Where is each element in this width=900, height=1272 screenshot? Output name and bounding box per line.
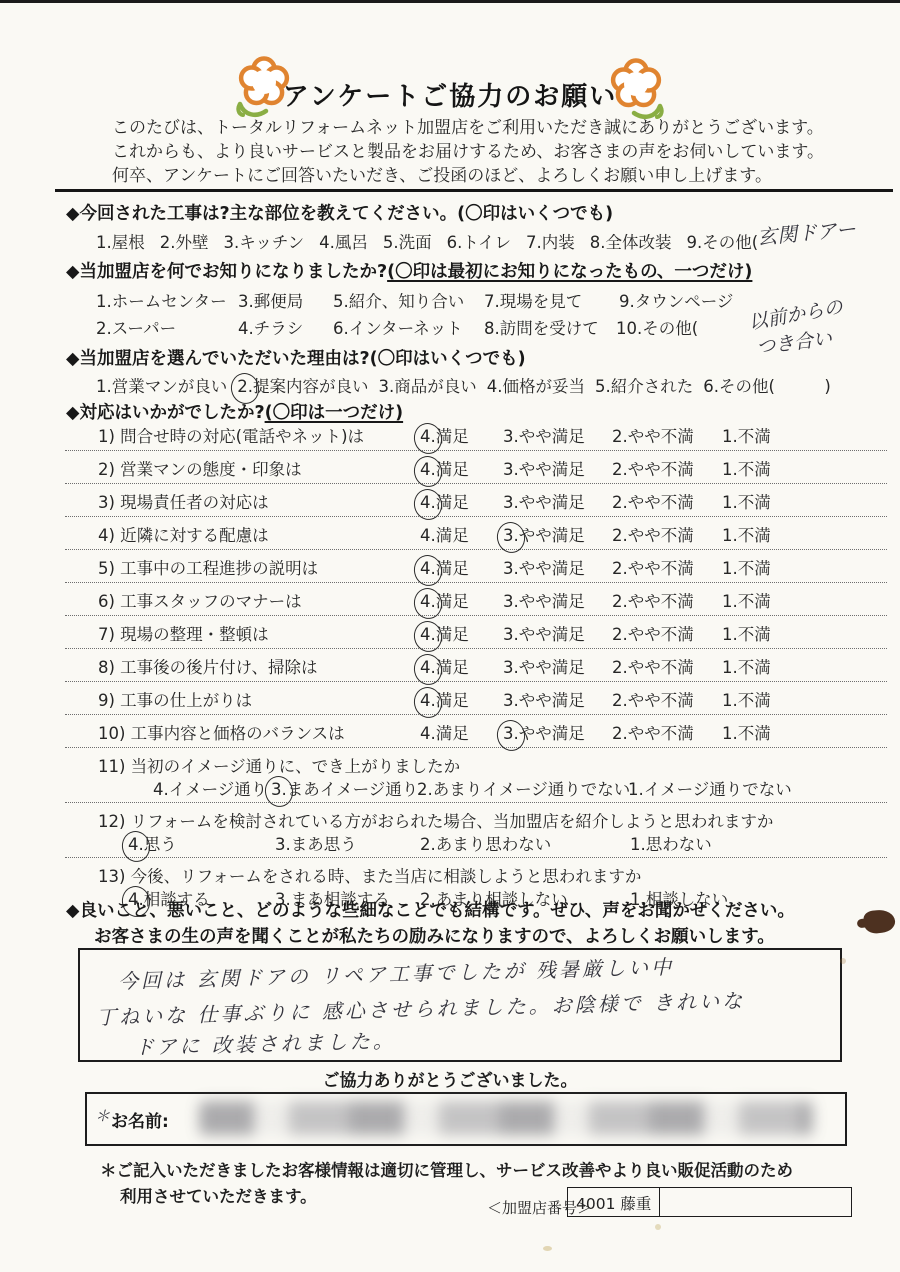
rating-option-label: 満足 bbox=[436, 526, 469, 545]
rating-option: 4.満足 bbox=[420, 489, 469, 513]
rating-option-number: 1. bbox=[722, 592, 738, 611]
rating-row: 10) 工事内容と価格のバランスは4.満足3.やや満足2.やや不満1.不満 bbox=[65, 715, 887, 748]
rating-option-number: 3. bbox=[271, 780, 287, 799]
q3-option-number: 3. bbox=[379, 377, 395, 396]
q2-option: 1.ホームセンター bbox=[96, 288, 227, 312]
rating-option-number: 2. bbox=[420, 835, 436, 854]
q3-options: 1.営業マンが良い2.提案内容が良い3.商品が良い4.価格が妥当5.紹介された6… bbox=[96, 373, 841, 397]
rating-row: 12) リフォームを検討されている方がおられた場合、当加盟店を紹介しようと思われ… bbox=[65, 803, 887, 858]
stain-speck bbox=[655, 1224, 661, 1230]
rating-row: 4) 近隣に対する配慮は4.満足3.やや満足2.やや不満1.不満 bbox=[65, 517, 887, 550]
q3-option: 4.価格が妥当 bbox=[487, 377, 585, 396]
rating-option-number: 1. bbox=[722, 691, 738, 710]
rating-option-number: 4. bbox=[420, 493, 436, 512]
rating-option: 2.やや不満 bbox=[612, 720, 694, 744]
rating-row: 6) 工事スタッフのマナーは4.満足3.やや満足2.やや不満1.不満 bbox=[65, 583, 887, 616]
rating-row-label: 7) 現場の整理・整頓は bbox=[98, 621, 269, 645]
rating-option: 3.やや満足 bbox=[503, 654, 585, 678]
rating-row-label: 4) 近隣に対する配慮は bbox=[98, 522, 269, 546]
store-number-value: 4001 藤重 bbox=[568, 1188, 660, 1216]
rating-option-number: 3. bbox=[503, 460, 519, 479]
intro-line: 何卒、アンケートにご回答いたいだき、ご投函のほど、よろしくお願い申し上げます。 bbox=[112, 164, 824, 188]
name-label: お名前: bbox=[111, 1107, 169, 1132]
q3-option: 1.営業マンが良い bbox=[96, 377, 227, 396]
rating-option: 2.やや不満 bbox=[612, 687, 694, 711]
rating-row-label: 8) 工事後の後片付け、掃除は bbox=[98, 654, 318, 678]
rating-option-number: 1. bbox=[630, 835, 646, 854]
rating-option: 1.不満 bbox=[722, 489, 771, 513]
rating-option-number: 3. bbox=[503, 493, 519, 512]
rating-option-label: まあ思う bbox=[291, 835, 357, 854]
q3-option-label: 価格が妥当 bbox=[503, 377, 586, 396]
rating-option: 3.まあ思う bbox=[275, 831, 357, 855]
privacy-note-line2: 利用させていただきます。 bbox=[120, 1183, 317, 1207]
rating-option-number: 1. bbox=[722, 493, 738, 512]
q3-option: 3.商品が良い bbox=[379, 377, 477, 396]
rating-option-label: やや不満 bbox=[628, 691, 694, 710]
rating-option: 4.満足 bbox=[420, 720, 469, 744]
rating-option-number: 1. bbox=[722, 658, 738, 677]
rating-option-label: イメージ通りでない bbox=[644, 780, 792, 799]
rating-option: 2.やや不満 bbox=[612, 588, 694, 612]
q1-option: 8.全体改装 bbox=[590, 233, 672, 252]
rating-option-number: 1. bbox=[722, 460, 738, 479]
rating-option-label: 満足 bbox=[436, 460, 469, 479]
rating-option: 2.あまり思わない bbox=[420, 831, 551, 855]
rating-option-number: 1. bbox=[628, 780, 644, 799]
rating-option: 4.思う bbox=[128, 831, 177, 855]
rating-option-number: 4. bbox=[420, 625, 436, 644]
rating-option-label: やや不満 bbox=[628, 724, 694, 743]
q3-option-label: 商品が良い bbox=[394, 377, 477, 396]
q1-option: 4.風呂 bbox=[319, 233, 368, 252]
rating-option-number: 4. bbox=[420, 724, 436, 743]
q3-option-number: 5. bbox=[595, 377, 611, 396]
rating-option-number: 1. bbox=[722, 724, 738, 743]
rating-row: 1) 問合せ時の対応(電話やネット)は4.満足3.やや満足2.やや不満1.不満 bbox=[65, 418, 887, 451]
rating-option-label: 不満 bbox=[738, 493, 771, 512]
rating-option: 3.やや満足 bbox=[503, 423, 585, 447]
rating-option-label: 不満 bbox=[738, 691, 771, 710]
rating-option-label: やや満足 bbox=[519, 625, 585, 644]
comments-prompt-line1: ◆良いこと、悪いこと、どのような些細なことでも結構です。ぜひ、声をお聞かせくださ… bbox=[66, 897, 795, 922]
rating-option-label: やや満足 bbox=[519, 724, 585, 743]
rating-option-number: 4. bbox=[420, 526, 436, 545]
rating-option: 3.やや満足 bbox=[503, 555, 585, 579]
survey-form-scan: アンケートご協力のお願い このたびは、トータルリフォームネット加盟店をご利用いた… bbox=[0, 0, 900, 1272]
q1-option: 9.その他( bbox=[687, 233, 759, 252]
stain-speck bbox=[543, 1246, 552, 1251]
q3-option-label: 提案内容が良い bbox=[253, 377, 369, 396]
rating-option-label: やや満足 bbox=[519, 658, 585, 677]
rating-row: 2) 営業マンの態度・印象は4.満足3.やや満足2.やや不満1.不満 bbox=[65, 451, 887, 484]
q3-option-label: その他( ) bbox=[719, 377, 831, 396]
rating-option-number: 1. bbox=[722, 559, 738, 578]
q2-option: 9.タウンページ bbox=[619, 288, 733, 312]
q1-option: 6.トイレ bbox=[447, 233, 511, 252]
rating-option: 2.あまりイメージ通りでない bbox=[417, 776, 630, 800]
rating-option-number: 2. bbox=[612, 691, 628, 710]
rating-option-label: 満足 bbox=[436, 658, 469, 677]
thanks-text: ご協力ありがとうございました。 bbox=[0, 1066, 900, 1091]
rating-row-label: 6) 工事スタッフのマナーは bbox=[98, 588, 302, 612]
rating-row-label: 12) リフォームを検討されている方がおられた場合、当加盟店を紹介しようと思われ… bbox=[98, 808, 773, 832]
rating-option-label: 不満 bbox=[738, 658, 771, 677]
rating-row-label: 1) 問合せ時の対応(電話やネット)は bbox=[98, 423, 364, 447]
q3-option-number: 1. bbox=[96, 377, 112, 396]
rating-row: 8) 工事後の後片付け、掃除は4.満足3.やや満足2.やや不満1.不満 bbox=[65, 649, 887, 682]
rating-row-label: 2) 営業マンの態度・印象は bbox=[98, 456, 302, 480]
rating-option: 1.不満 bbox=[722, 720, 771, 744]
q2-option: 10.その他( bbox=[616, 315, 698, 339]
rating-option-label: 満足 bbox=[436, 592, 469, 611]
rating-option-label: やや不満 bbox=[628, 427, 694, 446]
rating-option-label: やや不満 bbox=[628, 625, 694, 644]
rating-option: 2.やや不満 bbox=[612, 654, 694, 678]
q1-options: 1.屋根2.外壁3.キッチン4.風呂5.洗面6.トイレ7.内装8.全体改装9.そ… bbox=[96, 229, 773, 253]
rating-option: 1.不満 bbox=[722, 423, 771, 447]
q1-option: 2.外壁 bbox=[160, 233, 209, 252]
rating-row-label: 3) 現場責任者の対応は bbox=[98, 489, 269, 513]
q2-header-note: (〇印は最初にお知りになったもの、一つだけ) bbox=[387, 262, 752, 282]
privacy-note-line1: ＊ご記入いただきましたお客様情報は適切に管理し、サービス改善やより良い販促活動の… bbox=[100, 1157, 793, 1181]
rating-option-number: 4. bbox=[420, 658, 436, 677]
rating-option-number: 2. bbox=[612, 658, 628, 677]
rating-option-number: 3. bbox=[503, 691, 519, 710]
q2-option: 4.チラシ bbox=[238, 315, 303, 339]
q2-option: 2.スーパー bbox=[96, 315, 176, 339]
rating-row-label: 10) 工事内容と価格のバランスは bbox=[98, 720, 345, 744]
stain-speck bbox=[840, 958, 846, 964]
rating-option: 2.やや不満 bbox=[612, 423, 694, 447]
q2-option: 8.訪問を受けて bbox=[484, 315, 599, 339]
q2-option: 6.インターネット bbox=[333, 315, 463, 339]
rating-option-label: 不満 bbox=[738, 592, 771, 611]
rating-option-label: やや不満 bbox=[628, 559, 694, 578]
rating-option-number: 2. bbox=[612, 592, 628, 611]
comments-prompt-line2: お客さまの生の声を聞くことが私たちの励みになりますので、よろしくお願いします。 bbox=[94, 923, 775, 948]
rating-option-number: 4. bbox=[420, 460, 436, 479]
rating-option: 4.満足 bbox=[420, 423, 469, 447]
rating-option: 3.やや満足 bbox=[503, 456, 585, 480]
q3-header: ◆当加盟店を選んでいただいた理由は?(〇印はいくつでも) bbox=[66, 345, 526, 370]
q1-handwritten-answer: 玄関ドアー bbox=[756, 213, 857, 251]
rating-option-label: やや満足 bbox=[519, 460, 585, 479]
rating-option: 4.満足 bbox=[420, 456, 469, 480]
q3-option-number: 4. bbox=[487, 377, 503, 396]
rating-option-label: 不満 bbox=[738, 526, 771, 545]
rating-option: 3.やや満足 bbox=[503, 621, 585, 645]
rating-option-label: まあイメージ通り bbox=[287, 780, 419, 799]
rating-option: 1.イメージ通りでない bbox=[628, 776, 792, 800]
rating-option-number: 3. bbox=[503, 526, 519, 545]
q1-option: 7.内装 bbox=[526, 233, 575, 252]
rating-option-label: 満足 bbox=[436, 559, 469, 578]
q1-header-note: (〇印はいくつでも) bbox=[457, 204, 613, 224]
rating-option: 4.イメージ通り bbox=[153, 776, 267, 800]
rating-option: 4.満足 bbox=[420, 687, 469, 711]
rating-option: 3.やや満足 bbox=[503, 489, 585, 513]
rating-option: 4.満足 bbox=[420, 621, 469, 645]
page-title: アンケートご協力のお願い bbox=[0, 76, 900, 113]
store-number-table: 4001 藤重 bbox=[567, 1187, 852, 1217]
rating-option-number: 4. bbox=[420, 691, 436, 710]
rating-option-number: 2. bbox=[612, 526, 628, 545]
rating-option-number: 3. bbox=[503, 559, 519, 578]
rating-option-number: 4. bbox=[420, 559, 436, 578]
rating-option-label: 思わない bbox=[646, 835, 712, 854]
rating-option-number: 1. bbox=[722, 427, 738, 446]
q1-header-text: ◆今回された工事は?主な部位を教えてください。 bbox=[66, 204, 457, 224]
rating-option: 3.やや満足 bbox=[503, 720, 585, 744]
rating-option: 1.不満 bbox=[722, 588, 771, 612]
rating-option-number: 1. bbox=[722, 526, 738, 545]
q1-header: ◆今回された工事は?主な部位を教えてください。(〇印はいくつでも) bbox=[66, 200, 613, 225]
intro-line: これからも、より良いサービスと製品をお届けするため、お客さまの声をお伺いしていま… bbox=[112, 140, 824, 164]
rating-option-number: 2. bbox=[612, 724, 628, 743]
q1-option: 1.屋根 bbox=[96, 233, 145, 252]
rating-option-label: やや不満 bbox=[628, 493, 694, 512]
rating-option-label: やや満足 bbox=[519, 691, 585, 710]
rating-option-number: 2. bbox=[612, 493, 628, 512]
rating-row: 9) 工事の仕上がりは4.満足3.やや満足2.やや不満1.不満 bbox=[65, 682, 887, 715]
rating-option-label: やや満足 bbox=[519, 526, 585, 545]
rating-option-number: 4. bbox=[128, 835, 144, 854]
rating-option-number: 1. bbox=[722, 625, 738, 644]
name-field-box: ＊ お名前: bbox=[85, 1092, 847, 1146]
rating-option: 4.満足 bbox=[420, 588, 469, 612]
rating-option: 3.やや満足 bbox=[503, 522, 585, 546]
rating-option-label: 満足 bbox=[436, 724, 469, 743]
redacted-name bbox=[199, 1101, 813, 1135]
rating-option-number: 4. bbox=[420, 592, 436, 611]
rating-option-label: 不満 bbox=[738, 559, 771, 578]
rating-option: 1.不満 bbox=[722, 654, 771, 678]
rating-option: 2.やや不満 bbox=[612, 621, 694, 645]
rating-option-number: 2. bbox=[612, 559, 628, 578]
section-divider bbox=[55, 189, 893, 192]
rating-option: 1.不満 bbox=[722, 456, 771, 480]
q3-header-text: ◆当加盟店を選んでいただいた理由は? bbox=[66, 349, 370, 369]
rating-option-label: 不満 bbox=[738, 427, 771, 446]
intro-paragraph: このたびは、トータルリフォームネット加盟店をご利用いただき誠にありがとうございま… bbox=[112, 116, 824, 188]
rating-option-label: やや不満 bbox=[628, 526, 694, 545]
rating-option-label: やや不満 bbox=[628, 460, 694, 479]
rating-option-number: 2. bbox=[612, 427, 628, 446]
rating-option-number: 2. bbox=[417, 780, 433, 799]
q3-option-label: 営業マンが良い bbox=[112, 377, 228, 396]
rating-option: 2.やや不満 bbox=[612, 456, 694, 480]
rating-row-label: 5) 工事中の工程進捗の説明は bbox=[98, 555, 318, 579]
rating-option-label: あまりイメージ通りでない bbox=[433, 780, 631, 799]
rating-option-label: やや不満 bbox=[628, 592, 694, 611]
rating-option-number: 3. bbox=[503, 592, 519, 611]
q3-option-number: 2. bbox=[237, 377, 253, 396]
q3-option: 2.提案内容が良い bbox=[237, 377, 368, 396]
rating-option-label: やや満足 bbox=[519, 559, 585, 578]
rating-row: 7) 現場の整理・整頓は4.満足3.やや満足2.やや不満1.不満 bbox=[65, 616, 887, 649]
rating-option: 2.やや不満 bbox=[612, 489, 694, 513]
comment-box: 今回は 玄関ドアの リペア工事でしたが 残暑厳しい中 丁ねいな 仕事ぶりに 感心… bbox=[78, 948, 842, 1062]
rating-option: 1.不満 bbox=[722, 687, 771, 711]
rating-option-number: 3. bbox=[275, 835, 291, 854]
intro-line: このたびは、トータルリフォームネット加盟店をご利用いただき誠にありがとうございま… bbox=[112, 116, 824, 140]
rating-option-number: 4. bbox=[420, 427, 436, 446]
rating-option-number: 3. bbox=[503, 724, 519, 743]
q2-option: 5.紹介、知り合い bbox=[333, 288, 464, 312]
rating-option: 1.思わない bbox=[630, 831, 712, 855]
rating-row: 3) 現場責任者の対応は4.満足3.やや満足2.やや不満1.不満 bbox=[65, 484, 887, 517]
q3-option: 5.紹介された bbox=[595, 377, 693, 396]
rating-option-label: 不満 bbox=[738, 625, 771, 644]
rating-option: 1.不満 bbox=[722, 555, 771, 579]
rating-option-number: 3. bbox=[503, 625, 519, 644]
scan-edge-artifact bbox=[0, 0, 900, 3]
q4-rating-table: 1) 問合せ時の対応(電話やネット)は4.満足3.やや満足2.やや不満1.不満2… bbox=[65, 418, 887, 908]
q2-header-text: ◆当加盟店を何でお知りになりましたか? bbox=[66, 262, 387, 282]
rating-option-label: やや満足 bbox=[519, 427, 585, 446]
rating-option: 3.やや満足 bbox=[503, 687, 585, 711]
rating-option: 4.満足 bbox=[420, 522, 469, 546]
rating-option-number: 2. bbox=[612, 460, 628, 479]
rating-option-number: 2. bbox=[612, 625, 628, 644]
rating-option-label: 満足 bbox=[436, 625, 469, 644]
rating-option-label: 満足 bbox=[436, 691, 469, 710]
handwritten-comment-line: ドアに 改装されました。 bbox=[134, 1025, 396, 1061]
q3-option: 6.その他( ) bbox=[703, 377, 831, 396]
rating-option-label: あまり思わない bbox=[436, 835, 552, 854]
q3-option-number: 6. bbox=[703, 377, 719, 396]
rating-option-number: 3. bbox=[503, 658, 519, 677]
rating-option-number: 4. bbox=[153, 780, 169, 799]
rating-option-number: 3. bbox=[503, 427, 519, 446]
rating-row: 5) 工事中の工程進捗の説明は4.満足3.やや満足2.やや不満1.不満 bbox=[65, 550, 887, 583]
rating-option: 1.不満 bbox=[722, 522, 771, 546]
rating-option-label: 満足 bbox=[436, 493, 469, 512]
rating-option: 4.満足 bbox=[420, 555, 469, 579]
rating-option: 3.やや満足 bbox=[503, 588, 585, 612]
rating-option-label: やや満足 bbox=[519, 493, 585, 512]
rating-option: 1.不満 bbox=[722, 621, 771, 645]
store-number-empty-cell bbox=[660, 1188, 851, 1216]
handwritten-mark: ＊ bbox=[95, 1105, 110, 1126]
rating-row-label: 11) 当初のイメージ通りに、でき上がりましたか bbox=[98, 753, 460, 777]
rating-row-label: 9) 工事の仕上がりは bbox=[98, 687, 252, 711]
rating-row: 11) 当初のイメージ通りに、でき上がりましたか4.イメージ通り3.まあイメージ… bbox=[65, 748, 887, 803]
q2-option: 3.郵便局 bbox=[238, 288, 303, 312]
brown-stain-mark bbox=[863, 908, 896, 934]
q1-option: 3.キッチン bbox=[224, 233, 305, 252]
q2-header: ◆当加盟店を何でお知りになりましたか?(〇印は最初にお知りになったもの、一つだけ… bbox=[66, 258, 752, 283]
q3-option-label: 紹介された bbox=[611, 377, 694, 396]
rating-option-label: 不満 bbox=[738, 724, 771, 743]
rating-row-label: 13) 今後、リフォームをされる時、また当店に相談しようと思われますか bbox=[98, 863, 641, 887]
rating-option-label: 思う bbox=[144, 835, 177, 854]
rating-option-label: 満足 bbox=[436, 427, 469, 446]
q2-option: 7.現場を見て bbox=[484, 288, 582, 312]
rating-option-label: やや満足 bbox=[519, 592, 585, 611]
rating-option-label: 不満 bbox=[738, 460, 771, 479]
rating-option: 4.満足 bbox=[420, 654, 469, 678]
rating-option: 3.まあイメージ通り bbox=[271, 776, 418, 800]
rating-option-label: イメージ通り bbox=[169, 780, 268, 799]
rating-option: 2.やや不満 bbox=[612, 555, 694, 579]
rating-option-label: やや不満 bbox=[628, 658, 694, 677]
rating-option: 2.やや不満 bbox=[612, 522, 694, 546]
q3-header-note: (〇印はいくつでも) bbox=[370, 349, 526, 369]
q1-option: 5.洗面 bbox=[383, 233, 432, 252]
